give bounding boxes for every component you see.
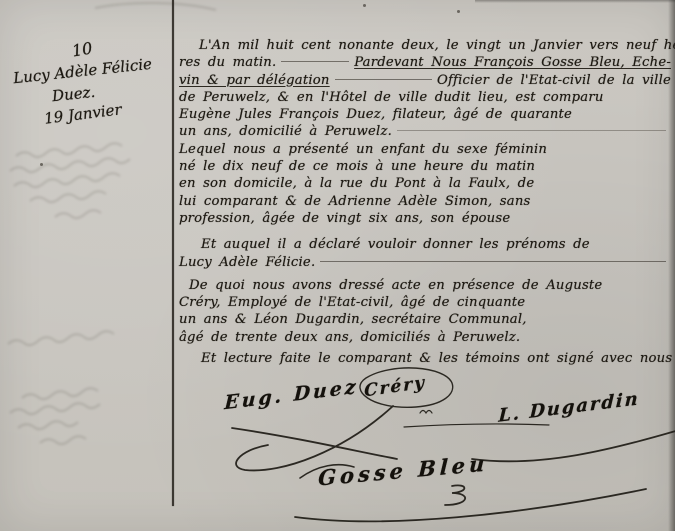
act-line-text: lui comparant & de Adrienne Adèle Simon,… (179, 193, 531, 210)
act-line-text: res du matin. (179, 54, 276, 71)
act-line-text: un ans, domicilié à Peruwelz. (179, 123, 392, 140)
act-line-text: âgé de trente deux ans, domiciliés à Per… (179, 329, 520, 346)
act-line-text: Officier de l'Etat-civil de la ville (437, 72, 671, 89)
register-page: 10 Lucy Adèle Félicie Duez. 19 Janvier L… (0, 0, 675, 531)
filler-rule (281, 61, 349, 62)
margin-child-name-line1: Lucy Adèle Félicie (12, 55, 152, 87)
margin-child-name-line2: Duez. (51, 83, 96, 105)
act-line-text: Et lecture faite le comparant & les témo… (201, 350, 672, 367)
act-line: Et lecture faite le comparant & les témo… (179, 350, 671, 367)
signature-dugardin: L. Dugardin (498, 388, 640, 427)
act-line: Lucy Adèle Félicie. (179, 254, 671, 271)
act-line: profession, âgée de vingt six ans, son é… (179, 210, 671, 227)
dust-speck (363, 4, 366, 7)
act-line: âgé de trente deux ans, domiciliés à Per… (179, 329, 671, 346)
dust-speck (40, 163, 43, 166)
act-line: L'An mil huit cent nonante deux, le ving… (179, 37, 671, 54)
act-line: Et auquel il a déclaré vouloir donner le… (179, 236, 671, 253)
act-line-text: L'An mil huit cent nonante deux, le ving… (199, 37, 675, 54)
act-line-text: un ans & Léon Dugardin, secrétaire Commu… (179, 311, 527, 328)
act-line-text: de Peruwelz, & en l'Hôtel de ville dudit… (179, 89, 604, 106)
act-line: de Peruwelz, & en l'Hôtel de ville dudit… (179, 89, 671, 106)
act-text: L'An mil huit cent nonante deux, le ving… (179, 37, 671, 367)
signature-crery: Créry (364, 373, 426, 402)
act-line: Lequel nous a présenté un enfant du sexe… (179, 141, 671, 158)
act-line-text: en son domicile, à la rue du Pont à la F… (179, 175, 534, 192)
act-line: Eugène Jules François Duez, filateur, âg… (179, 106, 671, 123)
filler-rule (320, 261, 666, 262)
page-edge-shadow (668, 0, 675, 531)
act-line: en son domicile, à la rue du Pont à la F… (179, 175, 671, 192)
margin-column: 10 Lucy Adèle Félicie Duez. 19 Janvier (0, 0, 170, 531)
act-line: Créry, Employé de l'Etat-civil, âgé de c… (179, 294, 671, 311)
act-line: né le dix neuf de ce mois à une heure du… (179, 158, 671, 175)
page-top-shadow (475, 0, 675, 3)
act-line-text: De quoi nous avons dressé acte en présen… (189, 277, 602, 294)
act-line-text: profession, âgée de vingt six ans, son é… (179, 210, 510, 227)
act-line-text: Pardevant Nous François Gosse Bleu, Eche… (354, 54, 671, 71)
act-line-text: Eugène Jules François Duez, filateur, âg… (179, 106, 572, 123)
act-line-text: Et auquel il a déclaré vouloir donner le… (201, 236, 590, 253)
signature-officer: Gosse Bleu (318, 450, 489, 490)
act-line: vin & par délégationOfficier de l'Etat-c… (179, 72, 671, 89)
act-line-text: Lequel nous a présenté un enfant du sexe… (179, 141, 547, 158)
dust-speck (457, 10, 460, 13)
act-line: lui comparant & de Adrienne Adèle Simon,… (179, 193, 671, 210)
margin-divider-line (172, 0, 174, 506)
act-line-text: né le dix neuf de ce mois à une heure du… (179, 158, 535, 175)
act-line-text: vin & par délégation (179, 72, 330, 89)
signature-duez: Eug. Duez (224, 376, 359, 415)
act-line-text: Créry, Employé de l'Etat-civil, âgé de c… (179, 294, 525, 311)
filler-rule (335, 79, 432, 80)
act-line: De quoi nous avons dressé acte en présen… (179, 277, 671, 294)
act-line: res du matin.Pardevant Nous François Gos… (179, 54, 671, 71)
act-line: un ans, domicilié à Peruwelz. (179, 123, 671, 140)
act-number: 10 (71, 39, 94, 61)
act-line: un ans & Léon Dugardin, secrétaire Commu… (179, 311, 671, 328)
act-line-text: Lucy Adèle Félicie. (179, 254, 315, 271)
filler-rule (397, 130, 666, 131)
